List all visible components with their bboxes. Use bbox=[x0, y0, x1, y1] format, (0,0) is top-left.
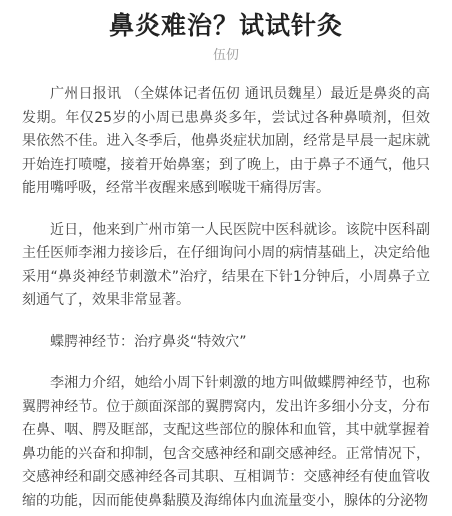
article-body: 广州日报讯 （全媒体记者伍仞 通讯员魏星）最近是鼻炎的高发期。年仅25岁的小周已… bbox=[22, 83, 430, 513]
article-author: 伍仞 bbox=[22, 47, 430, 65]
article-title: 鼻炎难治？试试针灸 bbox=[22, 10, 430, 42]
article-page: 鼻炎难治？试试针灸 伍仞 广州日报讯 （全媒体记者伍仞 通讯员魏星）最近是鼻炎的… bbox=[0, 0, 452, 513]
paragraph-2: 近日，他来到广州市第一人民医院中医科就诊。该院中医科副主任医师李湘力接诊后，在仔… bbox=[22, 219, 430, 313]
section-subheading: 蝶腭神经节：治疗鼻炎“特效穴” bbox=[22, 331, 430, 355]
paragraph-1: 广州日报讯 （全媒体记者伍仞 通讯员魏星）最近是鼻炎的高发期。年仅25岁的小周已… bbox=[22, 83, 430, 201]
paragraph-3: 李湘力介绍，她给小周下针刺激的地方叫做蝶腭神经节，也称翼腭神经节。位于颜面深部的… bbox=[22, 372, 430, 513]
